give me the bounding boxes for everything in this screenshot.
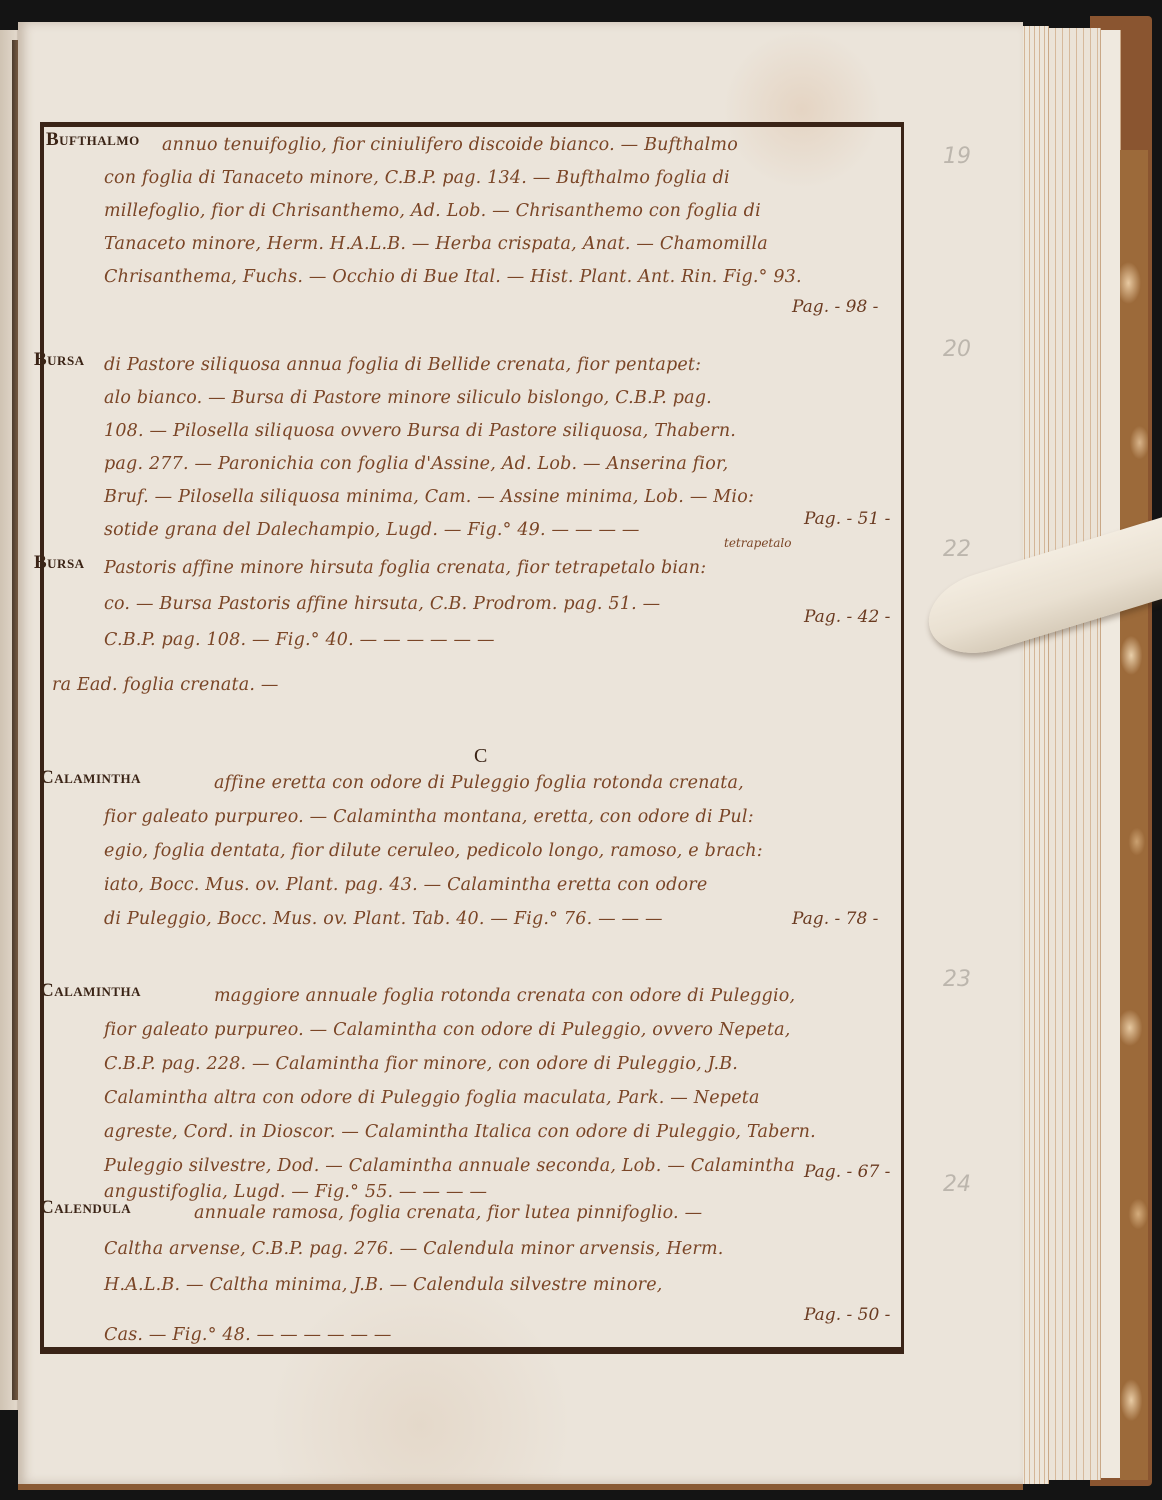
entry-line: Tanaceto minore, Herm. H.A.L.B. — Herba … xyxy=(104,234,768,254)
page-reference: Pag. - 50 - xyxy=(804,1305,890,1325)
entry-line: egio, foglia dentata, fior dilute cerule… xyxy=(104,841,763,861)
margin-pencil-number: 19 xyxy=(943,144,971,169)
entry-line: di Puleggio, Bocc. Mus. ov. Plant. Tab. … xyxy=(104,909,663,929)
margin-pencil-number: 24 xyxy=(943,1172,971,1197)
page-reference: Pag. - 42 - xyxy=(804,607,890,627)
entry-line: angustifoglia, Lugd. — Fig.° 55. — — — — xyxy=(104,1182,487,1202)
margin-pencil-number: 20 xyxy=(943,337,971,362)
entry-line: H.A.L.B. — Caltha minima, J.B. — Calendu… xyxy=(104,1275,663,1295)
entry-line: agreste, Cord. in Dioscor. — Calamintha … xyxy=(104,1122,816,1142)
entry-line: co. — Bursa Pastoris affine hirsuta, C.B… xyxy=(104,594,660,614)
entry-line: Calamintha altra con odore di Puleggio f… xyxy=(104,1088,760,1108)
entry-headword: Bursa xyxy=(34,552,85,574)
entry-line: annuale ramosa, foglia crenata, fior lut… xyxy=(194,1203,702,1223)
entry-line: Pastoris affine minore hirsuta foglia cr… xyxy=(104,558,706,578)
entry-line: ra Ead. foglia crenata. — xyxy=(52,675,279,695)
margin-pencil-number: 22 xyxy=(943,537,971,562)
page-reference: Pag. - 67 - xyxy=(804,1162,890,1182)
entry-line: Chrisanthema, Fuchs. — Occhio di Bue Ita… xyxy=(104,267,802,287)
page-reference: Pag. - 78 - xyxy=(792,909,878,929)
entry-line: annuo tenuifoglio, fior ciniulifero disc… xyxy=(162,135,738,155)
entry-line: sotide grana del Dalechampio, Lugd. — Fi… xyxy=(104,520,640,540)
entry-headword: Calendula xyxy=(40,1197,131,1219)
entry-line: pag. 277. — Paronichia con foglia d'Assi… xyxy=(104,454,728,474)
page-reference: Pag. - 98 - xyxy=(792,297,878,317)
ink-border-frame: Bufthalmo annuo tenuifoglio, fior ciniul… xyxy=(40,122,904,1354)
entry-line: iato, Bocc. Mus. ov. Plant. pag. 43. — C… xyxy=(104,875,707,895)
entry-line: millefoglio, fior di Chrisanthemo, Ad. L… xyxy=(104,201,761,221)
entry-line: fior galeato purpureo. — Calamintha con … xyxy=(104,1020,791,1040)
entry-line: fior galeato purpureo. — Calamintha mont… xyxy=(104,807,754,827)
entry-line: alo bianco. — Bursa di Pastore minore si… xyxy=(104,388,712,408)
entry-headword: Bursa xyxy=(34,349,85,371)
section-letter-mark: C xyxy=(474,745,487,768)
entry-headword: Calamintha xyxy=(40,767,141,789)
manuscript-page: 19 20 22 23 24 Bufthalmo annuo tenuifogl… xyxy=(18,22,1023,1490)
page-reference: Pag. - 51 - xyxy=(804,509,890,529)
entry-line: con foglia di Tanaceto minore, C.B.P. pa… xyxy=(104,168,730,188)
entry-line: Puleggio silvestre, Dod. — Calamintha an… xyxy=(104,1156,795,1176)
entry-line: C.B.P. pag. 108. — Fig.° 40. — — — — — — xyxy=(104,630,495,650)
entry-line: affine eretta con odore di Puleggio fogl… xyxy=(214,773,744,793)
entry-line: C.B.P. pag. 228. — Calamintha fior minor… xyxy=(104,1054,738,1074)
superscript-correction: tetrapetalo xyxy=(724,536,791,550)
marbled-endpaper xyxy=(1120,150,1148,1480)
entry-line: Cas. — Fig.° 48. — — — — — — xyxy=(104,1325,392,1345)
entry-line: Caltha arvense, C.B.P. pag. 276. — Calen… xyxy=(104,1239,724,1259)
entry-line: maggiore annuale foglia rotonda crenata … xyxy=(214,986,795,1006)
margin-pencil-number: 23 xyxy=(943,967,971,992)
entry-line: Bruf. — Pilosella siliquosa minima, Cam.… xyxy=(104,487,754,507)
entry-line: 108. — Pilosella siliquosa ovvero Bursa … xyxy=(104,421,736,441)
entry-line: di Pastore siliquosa annua foglia di Bel… xyxy=(104,355,701,375)
entry-headword: Calamintha xyxy=(40,980,141,1002)
entry-headword: Bufthalmo xyxy=(46,129,140,151)
